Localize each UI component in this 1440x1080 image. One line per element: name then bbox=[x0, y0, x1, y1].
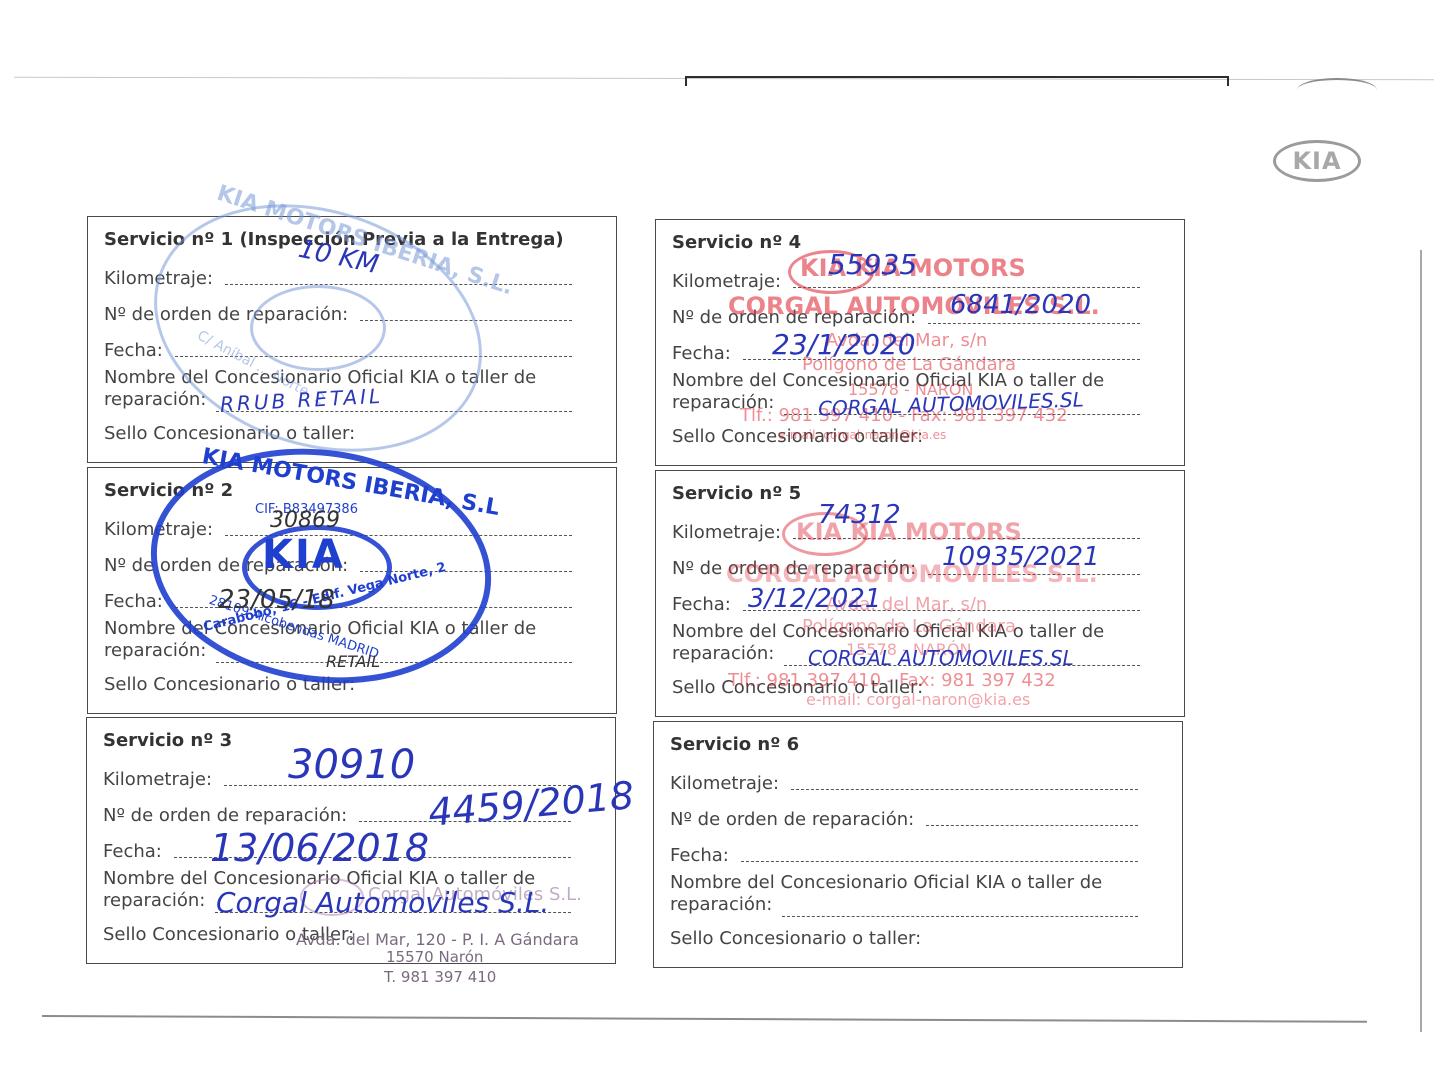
seal-label: Sello Concesionario o taller: bbox=[104, 668, 600, 698]
dealer-input-line[interactable] bbox=[784, 414, 1140, 415]
order-field[interactable]: Nº de orden de reparación: bbox=[672, 294, 1168, 330]
dealer-label-line1: Nombre del Concesionario Oficial KIA o t… bbox=[104, 618, 536, 639]
stamp-3-phone: T. 981 397 410 bbox=[384, 968, 496, 986]
date-input-line[interactable] bbox=[175, 356, 572, 357]
dealer-label-line1: Nombre del Concesionario Oficial KIA o t… bbox=[672, 621, 1104, 642]
km-input-line[interactable] bbox=[225, 284, 572, 285]
date-field[interactable]: Fecha: bbox=[670, 832, 1166, 868]
km-label: Kilometraje: bbox=[103, 769, 212, 792]
km-label: Kilometraje: bbox=[672, 271, 781, 294]
dealer-label-line2: reparación: bbox=[672, 643, 774, 664]
seal-label: Sello Concesionario o taller: bbox=[672, 420, 1168, 450]
km-input-line[interactable] bbox=[791, 789, 1138, 790]
dealer-field[interactable]: Nombre del Concesionario Oficial KIA o t… bbox=[672, 366, 1168, 420]
date-input-line[interactable] bbox=[743, 359, 1140, 360]
dealer-label-line1: Nombre del Concesionario Oficial KIA o t… bbox=[104, 367, 536, 388]
dealer-label-line1: Nombre del Concesionario Oficial KIA o t… bbox=[670, 872, 1102, 893]
date-input-line[interactable] bbox=[175, 607, 572, 608]
service-title: Servicio nº 3 bbox=[103, 726, 599, 756]
dealer-label-line2: reparación: bbox=[103, 890, 205, 911]
kia-logo-icon: KIA bbox=[1273, 140, 1361, 182]
service-title: Servicio nº 5 bbox=[672, 479, 1168, 509]
date-label: Fecha: bbox=[672, 343, 731, 366]
dealer-field[interactable]: Nombre del Concesionario Oficial KIA o t… bbox=[670, 868, 1166, 922]
km-label: Kilometraje: bbox=[104, 519, 213, 542]
dealer-input-line[interactable] bbox=[782, 916, 1138, 917]
dealer-label-line1: Nombre del Concesionario Oficial KIA o t… bbox=[103, 868, 535, 889]
km-input-line[interactable] bbox=[224, 785, 571, 786]
order-field[interactable]: Nº de orden de reparación: bbox=[672, 545, 1168, 581]
date-field[interactable]: Fecha: bbox=[103, 828, 599, 864]
dealer-label-line2: reparación: bbox=[672, 392, 774, 413]
service-box-3: Servicio nº 3 Kilometraje: Nº de orden d… bbox=[86, 717, 616, 964]
date-field[interactable]: Fecha: bbox=[672, 581, 1168, 617]
top-arc bbox=[1297, 78, 1377, 102]
dealer-input-line[interactable] bbox=[784, 665, 1140, 666]
seal-label: Sello Concesionario o taller: bbox=[103, 918, 599, 948]
dealer-field[interactable]: Nombre del Concesionario Oficial KIA o t… bbox=[103, 864, 599, 918]
order-field[interactable]: Nº de orden de reparación: bbox=[103, 792, 599, 828]
km-label: Kilometraje: bbox=[672, 522, 781, 545]
km-label: Kilometraje: bbox=[670, 773, 779, 796]
km-label: Kilometraje: bbox=[104, 268, 213, 291]
seal-label: Sello Concesionario o taller: bbox=[672, 671, 1168, 701]
km-field[interactable]: Kilometraje: bbox=[104, 506, 600, 542]
km-field[interactable]: Kilometraje: bbox=[672, 258, 1168, 294]
right-rule bbox=[1420, 250, 1422, 1032]
date-label: Fecha: bbox=[104, 340, 163, 363]
date-field[interactable]: Fecha: bbox=[104, 578, 600, 614]
service-title: Servicio nº 6 bbox=[670, 730, 1166, 760]
order-label: Nº de orden de reparación: bbox=[104, 304, 348, 327]
order-label: Nº de orden de reparación: bbox=[672, 558, 916, 581]
top-bracket bbox=[685, 76, 1229, 86]
order-input-line[interactable] bbox=[928, 574, 1140, 575]
service-box-6: Servicio nº 6 Kilometraje: Nº de orden d… bbox=[653, 721, 1183, 968]
order-input-line[interactable] bbox=[928, 323, 1140, 324]
service-title: Servicio nº 1 (Inspección Previa a la En… bbox=[104, 225, 600, 255]
date-label: Fecha: bbox=[103, 841, 162, 864]
dealer-label-line2: reparación: bbox=[104, 640, 206, 661]
service-box-1: Servicio nº 1 (Inspección Previa a la En… bbox=[87, 216, 617, 463]
dealer-field[interactable]: Nombre del Concesionario Oficial KIA o t… bbox=[104, 614, 600, 668]
order-label: Nº de orden de reparación: bbox=[103, 805, 347, 828]
dealer-field[interactable]: Nombre del Concesionario Oficial KIA o t… bbox=[104, 363, 600, 417]
order-field[interactable]: Nº de orden de reparación: bbox=[670, 796, 1166, 832]
order-label: Nº de orden de reparación: bbox=[670, 809, 914, 832]
date-input-line[interactable] bbox=[741, 861, 1138, 862]
dealer-input-line[interactable] bbox=[216, 411, 572, 412]
km-field[interactable]: Kilometraje: bbox=[670, 760, 1166, 796]
dealer-label-line2: reparación: bbox=[104, 389, 206, 410]
dealer-label-line2: reparación: bbox=[670, 894, 772, 915]
dealer-input-line[interactable] bbox=[216, 662, 572, 663]
km-field[interactable]: Kilometraje: bbox=[672, 509, 1168, 545]
order-input-line[interactable] bbox=[926, 825, 1138, 826]
order-input-line[interactable] bbox=[360, 571, 572, 572]
order-label: Nº de orden de reparación: bbox=[672, 307, 916, 330]
service-box-5: Servicio nº 5 Kilometraje: Nº de orden d… bbox=[655, 470, 1185, 717]
service-box-2: Servicio nº 2 Kilometraje: Nº de orden d… bbox=[87, 467, 617, 714]
km-input-line[interactable] bbox=[793, 538, 1140, 539]
order-field[interactable]: Nº de orden de reparación: bbox=[104, 291, 600, 327]
service-title: Servicio nº 2 bbox=[104, 476, 600, 506]
km-field[interactable]: Kilometraje: bbox=[104, 255, 600, 291]
dealer-label-line1: Nombre del Concesionario Oficial KIA o t… bbox=[672, 370, 1104, 391]
seal-label: Sello Concesionario o taller: bbox=[670, 922, 1166, 952]
service-title: Servicio nº 4 bbox=[672, 228, 1168, 258]
date-label: Fecha: bbox=[670, 845, 729, 868]
order-label: Nº de orden de reparación: bbox=[104, 555, 348, 578]
km-field[interactable]: Kilometraje: bbox=[103, 756, 599, 792]
bottom-rule bbox=[42, 1015, 1367, 1023]
date-field[interactable]: Fecha: bbox=[104, 327, 600, 363]
order-input-line[interactable] bbox=[359, 821, 571, 822]
order-field[interactable]: Nº de orden de reparación: bbox=[104, 542, 600, 578]
dealer-field[interactable]: Nombre del Concesionario Oficial KIA o t… bbox=[672, 617, 1168, 671]
seal-label: Sello Concesionario o taller: bbox=[104, 417, 600, 447]
service-box-4: Servicio nº 4 Kilometraje: Nº de orden d… bbox=[655, 219, 1185, 466]
dealer-input-line[interactable] bbox=[215, 912, 571, 913]
date-field[interactable]: Fecha: bbox=[672, 330, 1168, 366]
date-label: Fecha: bbox=[104, 591, 163, 614]
order-input-line[interactable] bbox=[360, 320, 572, 321]
km-input-line[interactable] bbox=[793, 287, 1140, 288]
date-label: Fecha: bbox=[672, 594, 731, 617]
date-input-line[interactable] bbox=[743, 610, 1140, 611]
km-input-line[interactable] bbox=[225, 535, 572, 536]
date-input-line[interactable] bbox=[174, 857, 571, 858]
